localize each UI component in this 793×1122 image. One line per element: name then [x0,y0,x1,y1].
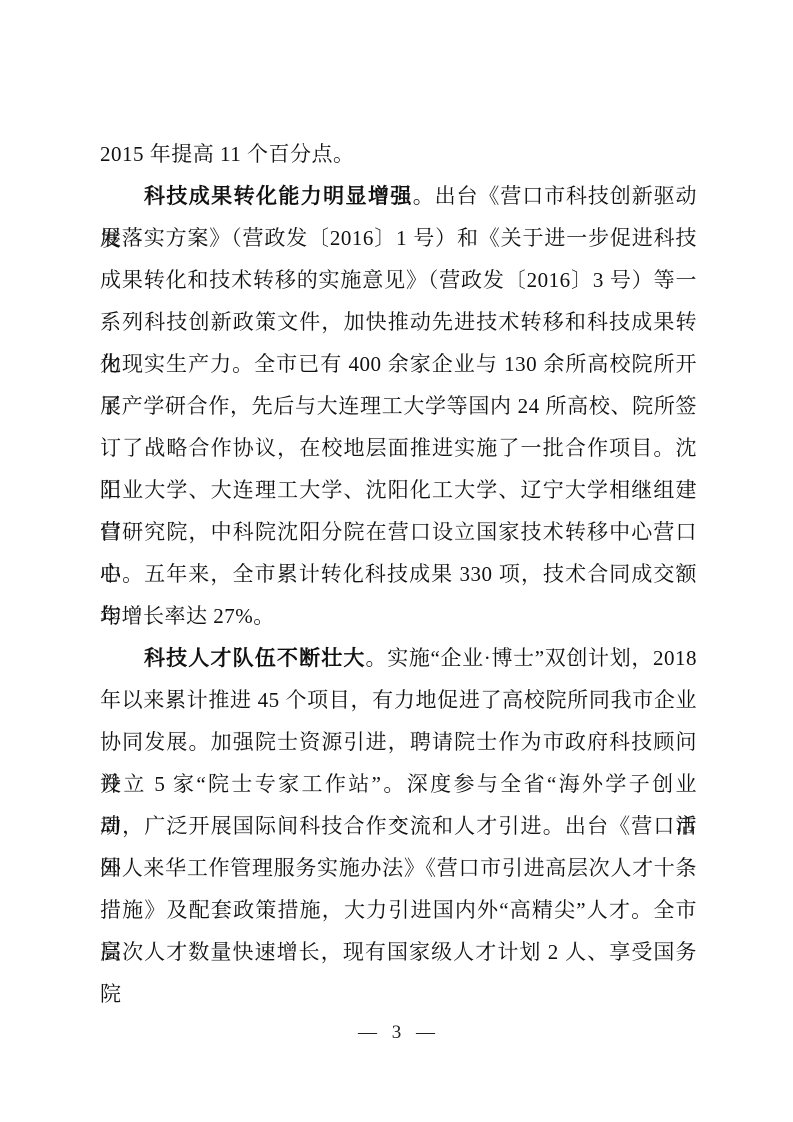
line-text: 了产学研合作，先后与大连理工大学等国内 24 所高校、院所签 [100,394,697,418]
line-text: 年以来累计推进 45 个项目，有力地促进了高校院所同我市企业 [100,688,697,712]
text-line: 了产学研合作，先后与大连理工大学等国内 24 所高校、院所签 [100,385,697,427]
line-text: 。实施“企业·博士”双创计划，2018 [366,646,697,670]
line-text: 展落实方案》（营政发〔2016〕1 号）和《关于进一步促进科技 [100,226,697,250]
text-line: 展落实方案》（营政发〔2016〕1 号）和《关于进一步促进科技 [100,217,697,259]
text-line: 心。五年来，全市累计转化科技成果 330 项，技术合同成交额年 [100,553,697,595]
page-number-text: — 3 — [358,1022,435,1043]
text-line: 措施》及配套政策措施，大力引进国内外“高精尖”人才。全市高 [100,889,697,931]
text-line: 工业大学、大连理工大学、沈阳化工大学、辽宁大学相继组建营 [100,469,697,511]
document-body: 2015 年提高 11 个百分点。 科技成果转化能力明显增强。出台《营口市科技创… [100,133,697,973]
text-line: 年以来累计推进 45 个项目，有力地促进了高校院所同我市企业 [100,679,697,721]
line-text: 成果转化和技术转移的实施意见》（营政发〔2016〕3 号）等一 [100,268,697,292]
text-line: 国人来华工作管理服务实施办法》《营口市引进高层次人才十条 [100,847,697,889]
line-text: 2015 年提高 11 个百分点。 [100,142,354,166]
text-line: 科技成果转化能力明显增强。出台《营口市科技创新驱动发 [100,175,697,217]
text-line: 系列科技创新政策文件，加快推动先进技术转移和科技成果转化 [100,301,697,343]
text-line: 成果转化和技术转移的实施意见》（营政发〔2016〕3 号）等一 [100,259,697,301]
text-line: 设立 5 家“院士专家工作站”。深度参与全省“海外学子创业周”活 [100,763,697,805]
text-line: 2015 年提高 11 个百分点。 [100,133,697,175]
document-page: 2015 年提高 11 个百分点。 科技成果转化能力明显增强。出台《营口市科技创… [0,0,793,1122]
page-number: — 3 — [0,1022,793,1044]
text-line: 均增长率达 27%。 [100,595,697,637]
line-text: 均增长率达 27%。 [100,604,275,628]
text-line: 层次人才数量快速增长，现有国家级人才计划 2 人、享受国务院 [100,931,697,973]
text-line: 为现实生产力。全市已有 400 余家企业与 130 余所高校院所开展 [100,343,697,385]
text-line: 动，广泛开展国际间科技合作交流和人才引进。出台《营口市外 [100,805,697,847]
text-line: 协同发展。加强院士资源引进，聘请院士作为市政府科技顾问并 [100,721,697,763]
text-line: 口研究院，中科院沈阳分院在营口设立国家技术转移中心营口中 [100,511,697,553]
line-text: 国人来华工作管理服务实施办法》《营口市引进高层次人才十条 [100,856,697,880]
line-text: 层次人才数量快速增长，现有国家级人才计划 2 人、享受国务院 [100,940,697,1006]
text-line: 订了战略合作协议，在校地层面推进实施了一批合作项目。沈阳 [100,427,697,469]
paragraph-heading-bold: 科技人才队伍不断壮大 [144,647,366,670]
paragraph-heading-bold: 科技成果转化能力明显增强 [144,185,413,208]
text-line: 科技人才队伍不断壮大。实施“企业·博士”双创计划，2018 [100,637,697,679]
